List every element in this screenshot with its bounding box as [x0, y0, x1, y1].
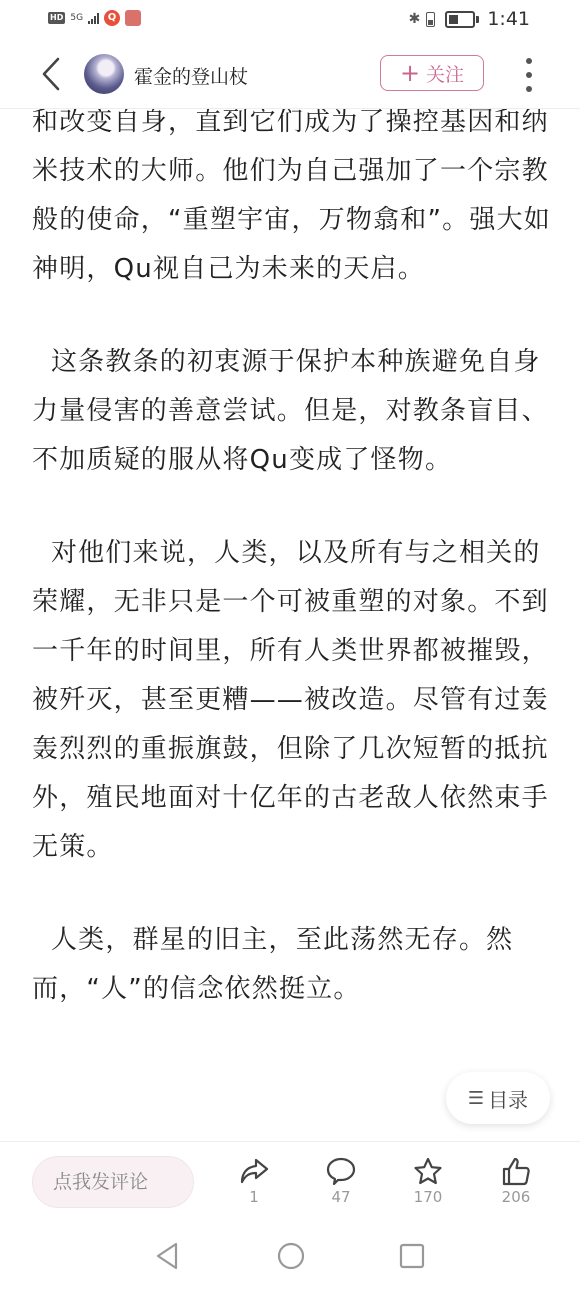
nav-home-button[interactable] — [276, 1241, 306, 1275]
device-battery-icon — [426, 12, 435, 27]
article-paragraph: 和改变自身，直到它们成为了操控基因和纳米技术的大师。他们为自己强加了一个宗教般的… — [32, 109, 552, 294]
author-name[interactable]: 霍金的登山杖 — [134, 62, 248, 89]
more-dot — [526, 72, 532, 78]
plus-icon: + — [400, 61, 420, 85]
toc-button[interactable]: ☰ 目录 — [446, 1072, 550, 1124]
system-nav-bar — [0, 1225, 580, 1289]
chevron-left-icon — [38, 56, 68, 92]
status-left: HD 5G Q — [48, 10, 141, 26]
nav-back-button[interactable] — [154, 1241, 180, 1275]
favorite-button[interactable]: 170 — [398, 1156, 458, 1206]
article-scroll-area[interactable]: 和改变自身，直到它们成为了操控基因和纳米技术的大师。他们为自己强加了一个宗教般的… — [0, 109, 580, 1140]
more-vertical-icon — [526, 58, 532, 64]
comment-count: 47 — [311, 1188, 371, 1206]
article-body: 和改变自身，直到它们成为了操控基因和纳米技术的大师。他们为自己强加了一个宗教般的… — [32, 109, 552, 1058]
back-triangle-icon — [154, 1241, 180, 1271]
comment-button[interactable]: 47 — [311, 1156, 371, 1206]
favorite-count: 170 — [398, 1188, 458, 1206]
list-icon: ☰ — [468, 1088, 484, 1109]
bluetooth-icon: ✱ — [409, 11, 421, 27]
more-button[interactable] — [524, 58, 534, 92]
hd-icon: HD — [48, 12, 65, 24]
bottom-action-bar: 点我发评论 1 47 170 206 — [0, 1141, 580, 1226]
article-paragraph: 人类，群星的旧主，至此荡然无存。然而，“人”的信念依然挺立。 — [32, 916, 552, 1014]
comment-input[interactable]: 点我发评论 — [32, 1156, 194, 1208]
share-button[interactable]: 1 — [224, 1156, 284, 1206]
toc-label: 目录 — [488, 1084, 528, 1113]
like-button[interactable]: 206 — [486, 1156, 546, 1206]
thumbs-up-icon — [500, 1156, 532, 1186]
signal-icon — [88, 12, 99, 24]
author-avatar[interactable] — [84, 54, 124, 94]
status-right: ✱ 1:41 — [409, 8, 530, 30]
article-paragraph: 这条教条的初衷源于保护本种族避免自身力量侵害的善意尝试。但是，对教条盲目、不加质… — [32, 338, 552, 485]
nav-recents-button[interactable] — [398, 1241, 426, 1275]
network-type-label: 5G — [70, 14, 83, 23]
battery-icon — [445, 11, 475, 28]
back-button[interactable] — [38, 56, 68, 92]
status-bar: HD 5G Q ✱ 1:41 — [0, 0, 580, 40]
game-app-icon — [125, 10, 141, 26]
search-app-icon: Q — [104, 10, 120, 26]
like-count: 206 — [486, 1188, 546, 1206]
follow-label: 关注 — [426, 60, 464, 87]
article-header: 霍金的登山杖 + 关注 — [0, 40, 580, 109]
follow-button[interactable]: + 关注 — [380, 55, 484, 91]
star-icon — [412, 1156, 444, 1186]
share-icon — [238, 1156, 270, 1186]
article-paragraph: 对他们来说，人类，以及所有与之相关的荣耀，无非只是一个可被重塑的对象。不到一千年… — [32, 529, 552, 872]
share-count: 1 — [224, 1188, 284, 1206]
clock: 1:41 — [487, 8, 530, 30]
comment-icon — [325, 1156, 357, 1186]
more-dot — [526, 86, 532, 92]
home-circle-icon — [276, 1241, 306, 1271]
recents-square-icon — [398, 1241, 426, 1271]
